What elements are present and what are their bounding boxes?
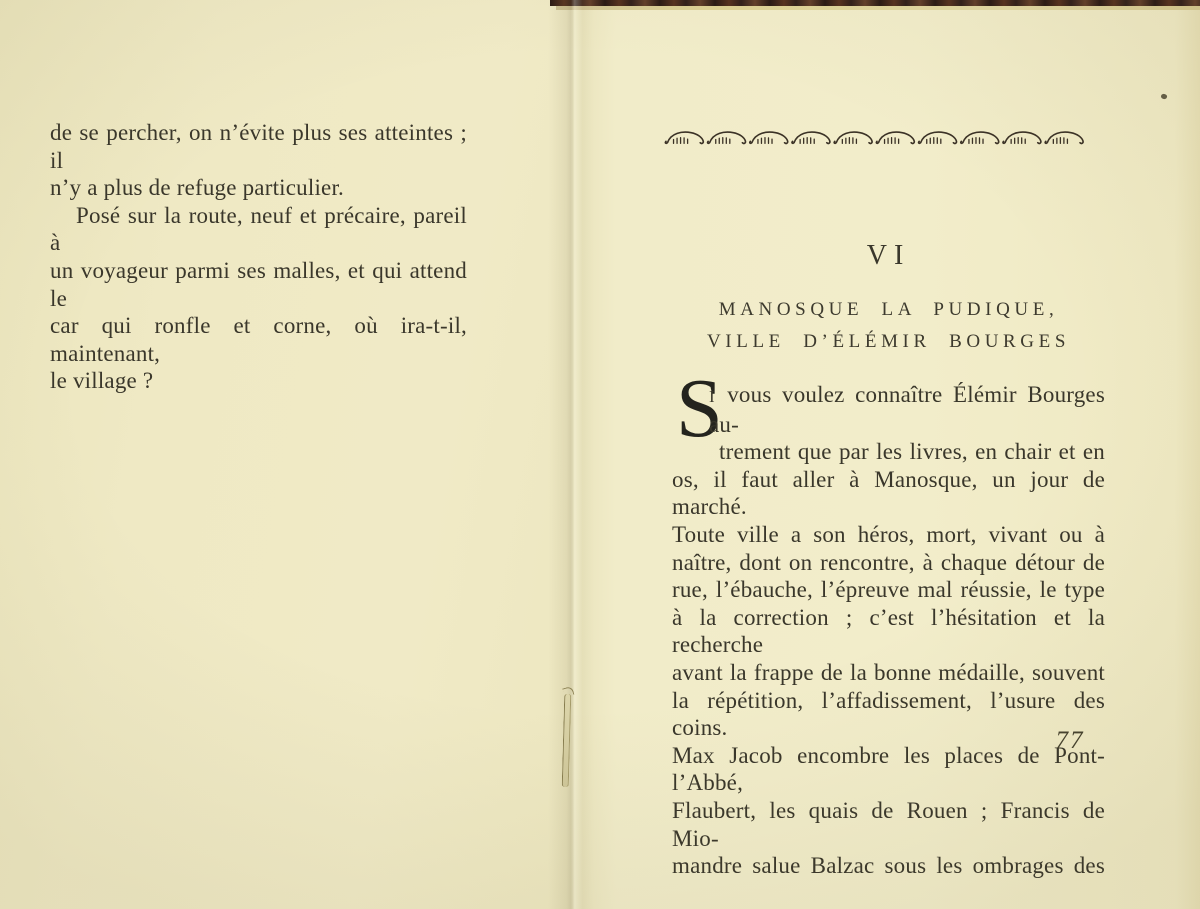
left-paragraph-1: de se percher, on n’évite plus ses attei… [50, 119, 467, 202]
right-page-paragraph: I vous voulez connaître Élémir Bourges a… [672, 381, 1105, 880]
text-line: un voyageur parmi ses malles, et qui att… [50, 257, 467, 312]
text-line: car qui ronfle et corne, où ira-t-il, ma… [50, 312, 467, 367]
text-line: naître, dont on rencontre, à chaque déto… [672, 549, 1105, 577]
text-line: mandre salue Balzac sous les ombrages de… [672, 852, 1105, 880]
text-line: rue, l’ébauche, l’épreuve mal réussie, l… [672, 576, 1105, 604]
chapter-title-line: MANOSQUE LA PUDIQUE, [660, 294, 1117, 326]
text-line: Toute ville a son héros, mort, vivant ou… [672, 521, 1105, 549]
text-line: Posé sur la route, neuf et précaire, par… [50, 202, 467, 257]
left-paragraph-2: Posé sur la route, neuf et précaire, par… [50, 202, 467, 395]
text-line: à la correction ; c’est l’hésitation et … [672, 604, 1105, 659]
chapter-title-line: VILLE D’ÉLÉMIR BOURGES [660, 326, 1117, 358]
gutter-fold [548, 0, 594, 909]
ornament-band-icon [664, 129, 1086, 151]
left-page-text: de se percher, on n’évite plus ses attei… [50, 119, 467, 395]
text-line: os, il faut aller à Manosque, un jour de… [672, 466, 1105, 521]
page-number: 77 [1040, 727, 1100, 755]
chapter-number: VI [672, 240, 1105, 272]
chapter-title: MANOSQUE LA PUDIQUE,VILLE D’ÉLÉMIR BOURG… [660, 294, 1117, 358]
text-line: le village ? [50, 367, 467, 395]
text-line: I vous voulez connaître Élémir Bourges a… [672, 381, 1105, 438]
text-line: trement que par les livres, en chair et … [672, 438, 1105, 466]
text-line: n’y a plus de refuge particulier. [50, 174, 467, 202]
page-edge-shadow [556, 6, 1200, 10]
text-line: de se percher, on n’évite plus ses attei… [50, 119, 467, 174]
text-line: Flaubert, les quais de Rouen ; Francis d… [672, 797, 1105, 852]
text-line: avant la frappe de la bonne médaille, so… [672, 659, 1105, 687]
open-book-photo: de se percher, on n’évite plus ses attei… [0, 0, 1200, 909]
